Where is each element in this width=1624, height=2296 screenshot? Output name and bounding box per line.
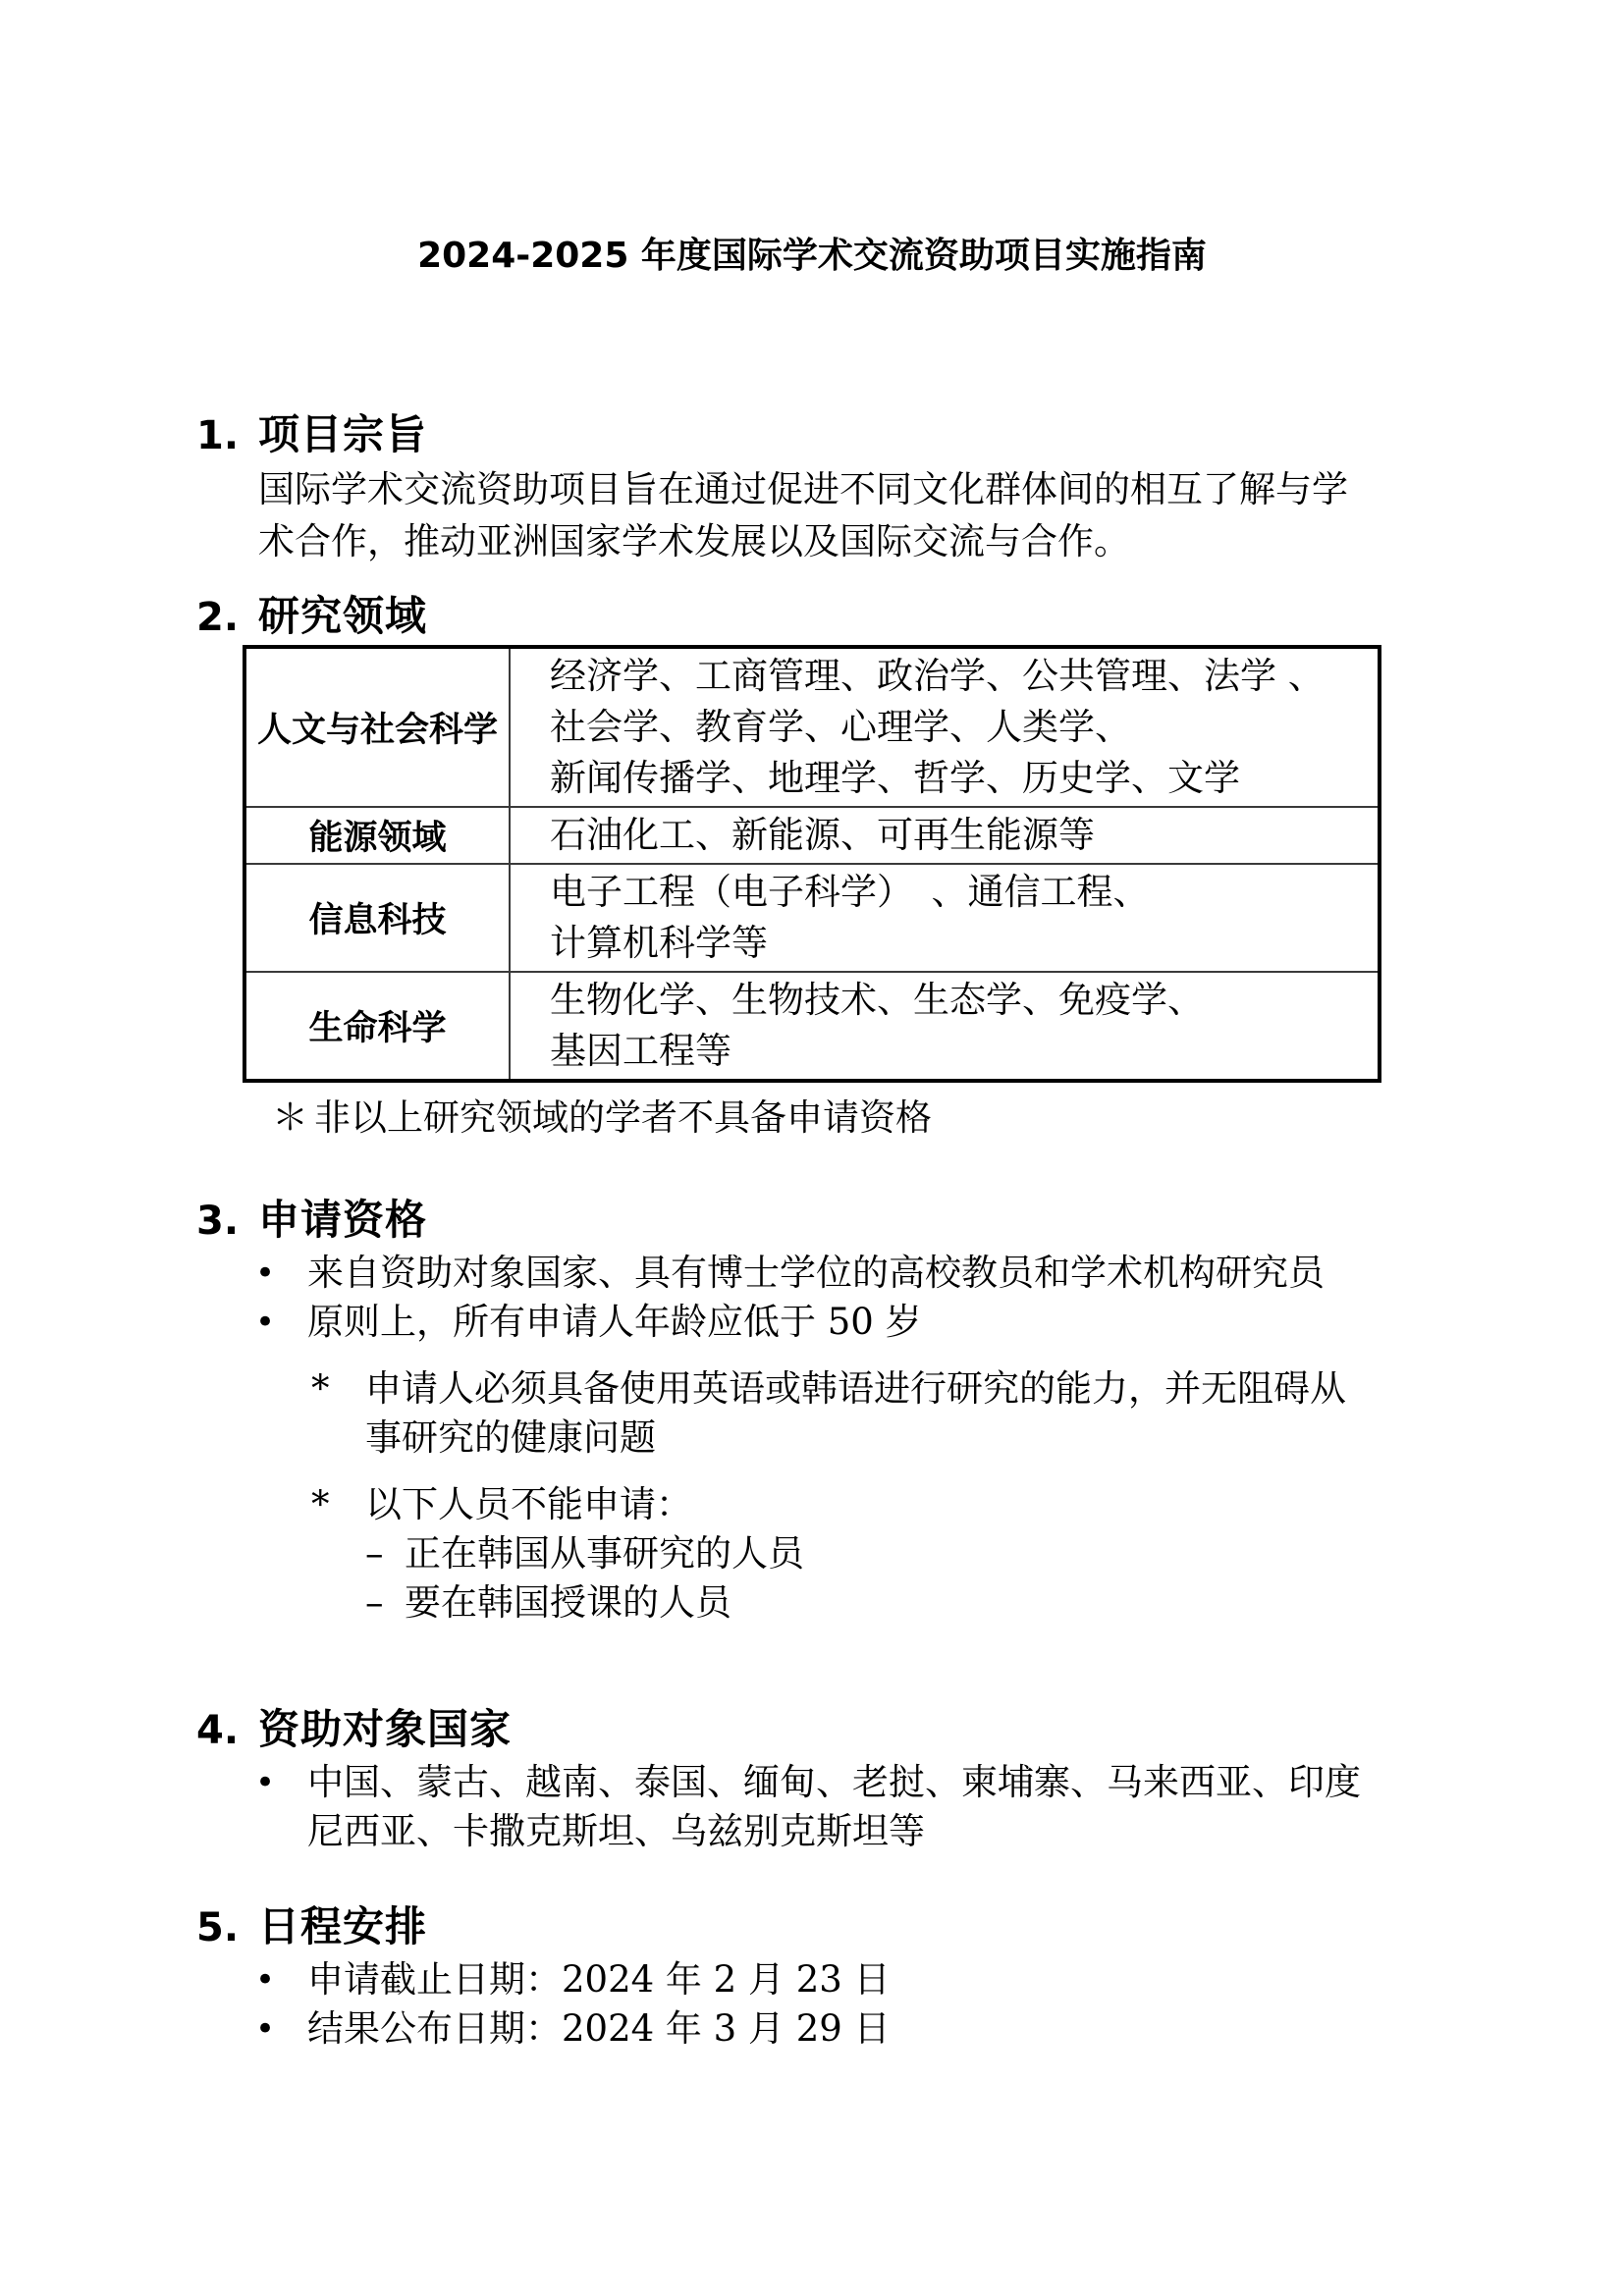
list-item-text: 原则上，所有申请人年龄应低于 50 岁	[307, 1298, 922, 1347]
field-content: 经济学、工商管理、政治学、公共管理、法学 、 社会学、教育学、心理学、人类学、 …	[510, 647, 1380, 807]
section-1-paragraph: 国际学术交流资助项目旨在通过促进不同文化群体间的相互了解与学 术合作，推动亚洲国…	[258, 463, 1477, 567]
section-3-title: 申请资格	[258, 1193, 427, 1248]
asterisk-marker: *	[311, 1480, 365, 1529]
document-title: 2024-2025 年度国际学术交流资助项目实施指南	[0, 228, 1624, 285]
table-row: 人文与社会科学 经济学、工商管理、政治学、公共管理、法学 、 社会学、教育学、心…	[244, 647, 1380, 807]
field-label: 人文与社会科学	[244, 647, 510, 807]
list-item: • 结果公布日期：2024 年 3 月 29 日	[196, 2004, 1477, 2054]
asterisk-marker: *	[311, 1364, 365, 1463]
bullet-marker: •	[255, 1298, 307, 1347]
table-row: 信息科技 电子工程（电子科学） 、通信工程、 计算机科学等	[244, 864, 1380, 972]
sub-list-item: * 以下人员不能申请：	[196, 1480, 1477, 1529]
field-label: 信息科技	[244, 864, 510, 972]
footnote-text: 非以上研究领域的学者不具备申请资格	[314, 1093, 932, 1144]
field-label: 生命科学	[244, 972, 510, 1081]
sub-list-item-text: 以下人员不能申请：	[365, 1480, 692, 1529]
bullet-marker: •	[255, 1249, 307, 1298]
section-5-heading: 5. 日程安排	[196, 1899, 1477, 1955]
section-3-number: 3.	[196, 1194, 258, 1249]
section-2-heading: 2. 研究领域	[196, 589, 1477, 645]
bullet-marker: •	[255, 2004, 307, 2054]
dash-list-item-text: 正在韩国从事研究的人员	[405, 1529, 804, 1578]
bullet-marker: •	[255, 1758, 307, 1856]
list-item: • 申请截止日期：2024 年 2 月 23 日	[196, 1955, 1477, 2004]
dash-list-item: – 正在韩国从事研究的人员	[196, 1529, 1477, 1578]
bullet-marker: •	[255, 1955, 307, 2004]
section-1-number: 1.	[196, 408, 258, 463]
footnote-asterisk-marker: ＊	[272, 1093, 314, 1144]
section-4-number: 4.	[196, 1703, 258, 1758]
dash-list-item-text: 要在韩国授课的人员	[405, 1578, 731, 1628]
section-4-title: 资助对象国家	[258, 1702, 512, 1757]
dash-marker: –	[365, 1578, 405, 1628]
dash-list-item: – 要在韩国授课的人员	[196, 1578, 1477, 1628]
table-row: 能源领域 石油化工、新能源、可再生能源等	[244, 807, 1380, 864]
field-content: 石油化工、新能源、可再生能源等	[510, 807, 1380, 864]
document-page: 2024-2025 年度国际学术交流资助项目实施指南 1. 项目宗旨 国际学术交…	[0, 0, 1624, 2296]
section-2-number: 2.	[196, 590, 258, 645]
dash-marker: –	[365, 1529, 405, 1578]
list-item: • 中国、蒙古、越南、泰国、缅甸、老挝、柬埔寨、马来西亚、印度 尼西亚、卡撒克斯…	[196, 1758, 1477, 1856]
list-item-text: 来自资助对象国家、具有博士学位的高校教员和学术机构研究员	[307, 1249, 1325, 1298]
section-1-title: 项目宗旨	[258, 407, 427, 462]
field-label: 能源领域	[244, 807, 510, 864]
section-5-title: 日程安排	[258, 1899, 427, 1954]
table-row: 生命科学 生物化学、生物技术、生态学、免疫学、 基因工程等	[244, 972, 1380, 1081]
list-item-text: 结果公布日期：2024 年 3 月 29 日	[307, 2004, 891, 2054]
section-3-heading: 3. 申请资格	[196, 1193, 1477, 1249]
research-fields-table: 人文与社会科学 经济学、工商管理、政治学、公共管理、法学 、 社会学、教育学、心…	[243, 645, 1381, 1083]
list-item-text: 申请截止日期：2024 年 2 月 23 日	[307, 1955, 891, 2004]
table-footnote: ＊ 非以上研究领域的学者不具备申请资格	[196, 1093, 1477, 1144]
field-content: 电子工程（电子科学） 、通信工程、 计算机科学等	[510, 864, 1380, 972]
section-4-heading: 4. 资助对象国家	[196, 1702, 1477, 1758]
section-5-number: 5.	[196, 1900, 258, 1955]
list-item-text: 中国、蒙古、越南、泰国、缅甸、老挝、柬埔寨、马来西亚、印度 尼西亚、卡撒克斯坦、…	[307, 1758, 1361, 1856]
list-item: • 原则上，所有申请人年龄应低于 50 岁	[196, 1298, 1477, 1347]
sub-list-item-text: 申请人必须具备使用英语或韩语进行研究的能力，并无阻碍从 事研究的健康问题	[365, 1364, 1346, 1463]
sub-list-item: * 申请人必须具备使用英语或韩语进行研究的能力，并无阻碍从 事研究的健康问题	[196, 1364, 1477, 1463]
section-2-title: 研究领域	[258, 589, 427, 644]
field-content: 生物化学、生物技术、生态学、免疫学、 基因工程等	[510, 972, 1380, 1081]
list-item: • 来自资助对象国家、具有博士学位的高校教员和学术机构研究员	[196, 1249, 1477, 1298]
section-1-heading: 1. 项目宗旨	[196, 407, 1477, 463]
